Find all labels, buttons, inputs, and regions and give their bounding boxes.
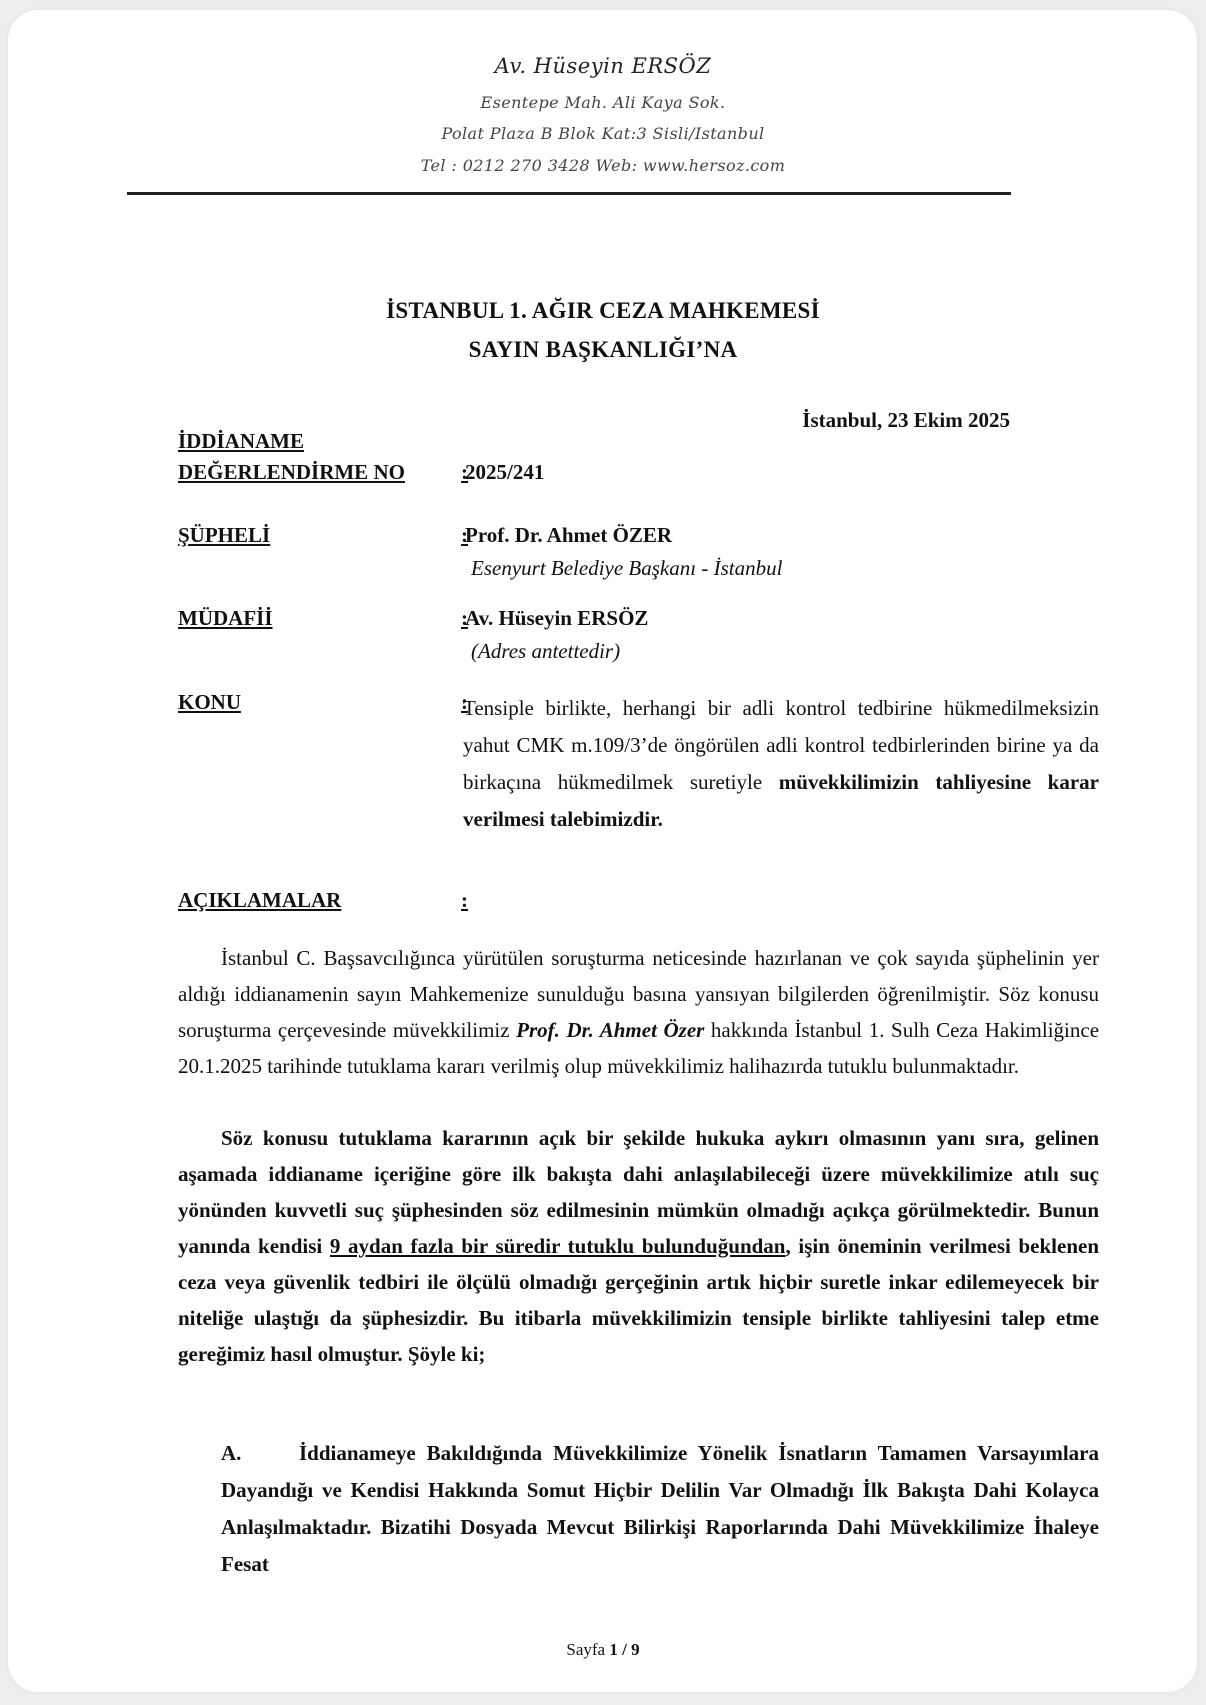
paragraph-1: İstanbul C. Başsavcılığınca yürütülen so… <box>178 940 1099 1084</box>
mudafii-label: MÜDAFİİ <box>178 606 461 631</box>
iddianame-label-line1: İDDİANAME <box>178 429 304 454</box>
client-name-emphasis: Prof. Dr. Ahmet Özer <box>516 1018 704 1042</box>
field-supheli: ŞÜPHELİ: Prof. Dr. Ahmet ÖZER Esenyurt B… <box>178 523 468 548</box>
field-iddianame-label-line1: İDDİANAME <box>178 429 304 454</box>
letterhead-name: Av. Hüseyin ERSÖZ <box>0 54 1206 78</box>
field-iddianame: DEĞERLENDİRME NO: 2025/241 <box>178 460 468 485</box>
field-mudafii: MÜDAFİİ: Av. Hüseyin ERSÖZ (Adres antett… <box>178 606 468 631</box>
mudafii-value: Av. Hüseyin ERSÖZ <box>465 606 648 631</box>
addressee-court: İSTANBUL 1. AĞIR CEZA MAHKEMESİ <box>0 298 1206 324</box>
konu-label: KONU <box>178 690 461 715</box>
mudafii-note: (Adres antettedir) <box>471 639 620 664</box>
supheli-title: Esenyurt Belediye Başkanı - İstanbul <box>471 556 782 581</box>
addressee-presidency: SAYIN BAŞKANLIĞI’NA <box>0 337 1206 363</box>
letterhead-address-line2: Polat Plaza B Blok Kat:3 Sisli/Istanbul <box>0 124 1206 143</box>
section-a-letter: A. <box>221 1435 299 1472</box>
section-a-heading: A.İddianameye Bakıldığında Müvekkilimize… <box>221 1435 1099 1583</box>
letterhead-divider <box>127 192 1011 195</box>
iddianame-label-line2: DEĞERLENDİRME NO <box>178 460 461 485</box>
letterhead-contact-line: Tel : 0212 270 3428 Web: www.hersoz.com <box>0 156 1206 175</box>
supheli-label: ŞÜPHELİ <box>178 523 461 548</box>
document-date: İstanbul, 23 Ekim 2025 <box>802 408 1010 433</box>
iddianame-value: 2025/241 <box>465 460 544 485</box>
supheli-value: Prof. Dr. Ahmet ÖZER <box>465 523 672 548</box>
colon: : <box>461 888 468 912</box>
field-aciklamalar: AÇIKLAMALAR: <box>178 888 468 913</box>
letterhead-address-line1: Esentepe Mah. Ali Kaya Sok. <box>0 93 1206 112</box>
paragraph-2: Söz konusu tutuklama kararının açık bir … <box>178 1120 1099 1372</box>
detention-duration-emphasis: 9 aydan fazla bir süredir tutuklu bulund… <box>330 1234 786 1258</box>
page-number: Sayfa 1 / 9 <box>0 1640 1206 1660</box>
konu-text: Tensiple birlikte, herhangi bir adli kon… <box>463 690 1099 838</box>
page-label: Sayfa <box>566 1640 605 1659</box>
field-konu: KONU: <box>178 690 468 715</box>
page-count: 1 / 9 <box>609 1640 639 1659</box>
aciklamalar-label: AÇIKLAMALAR <box>178 888 461 913</box>
